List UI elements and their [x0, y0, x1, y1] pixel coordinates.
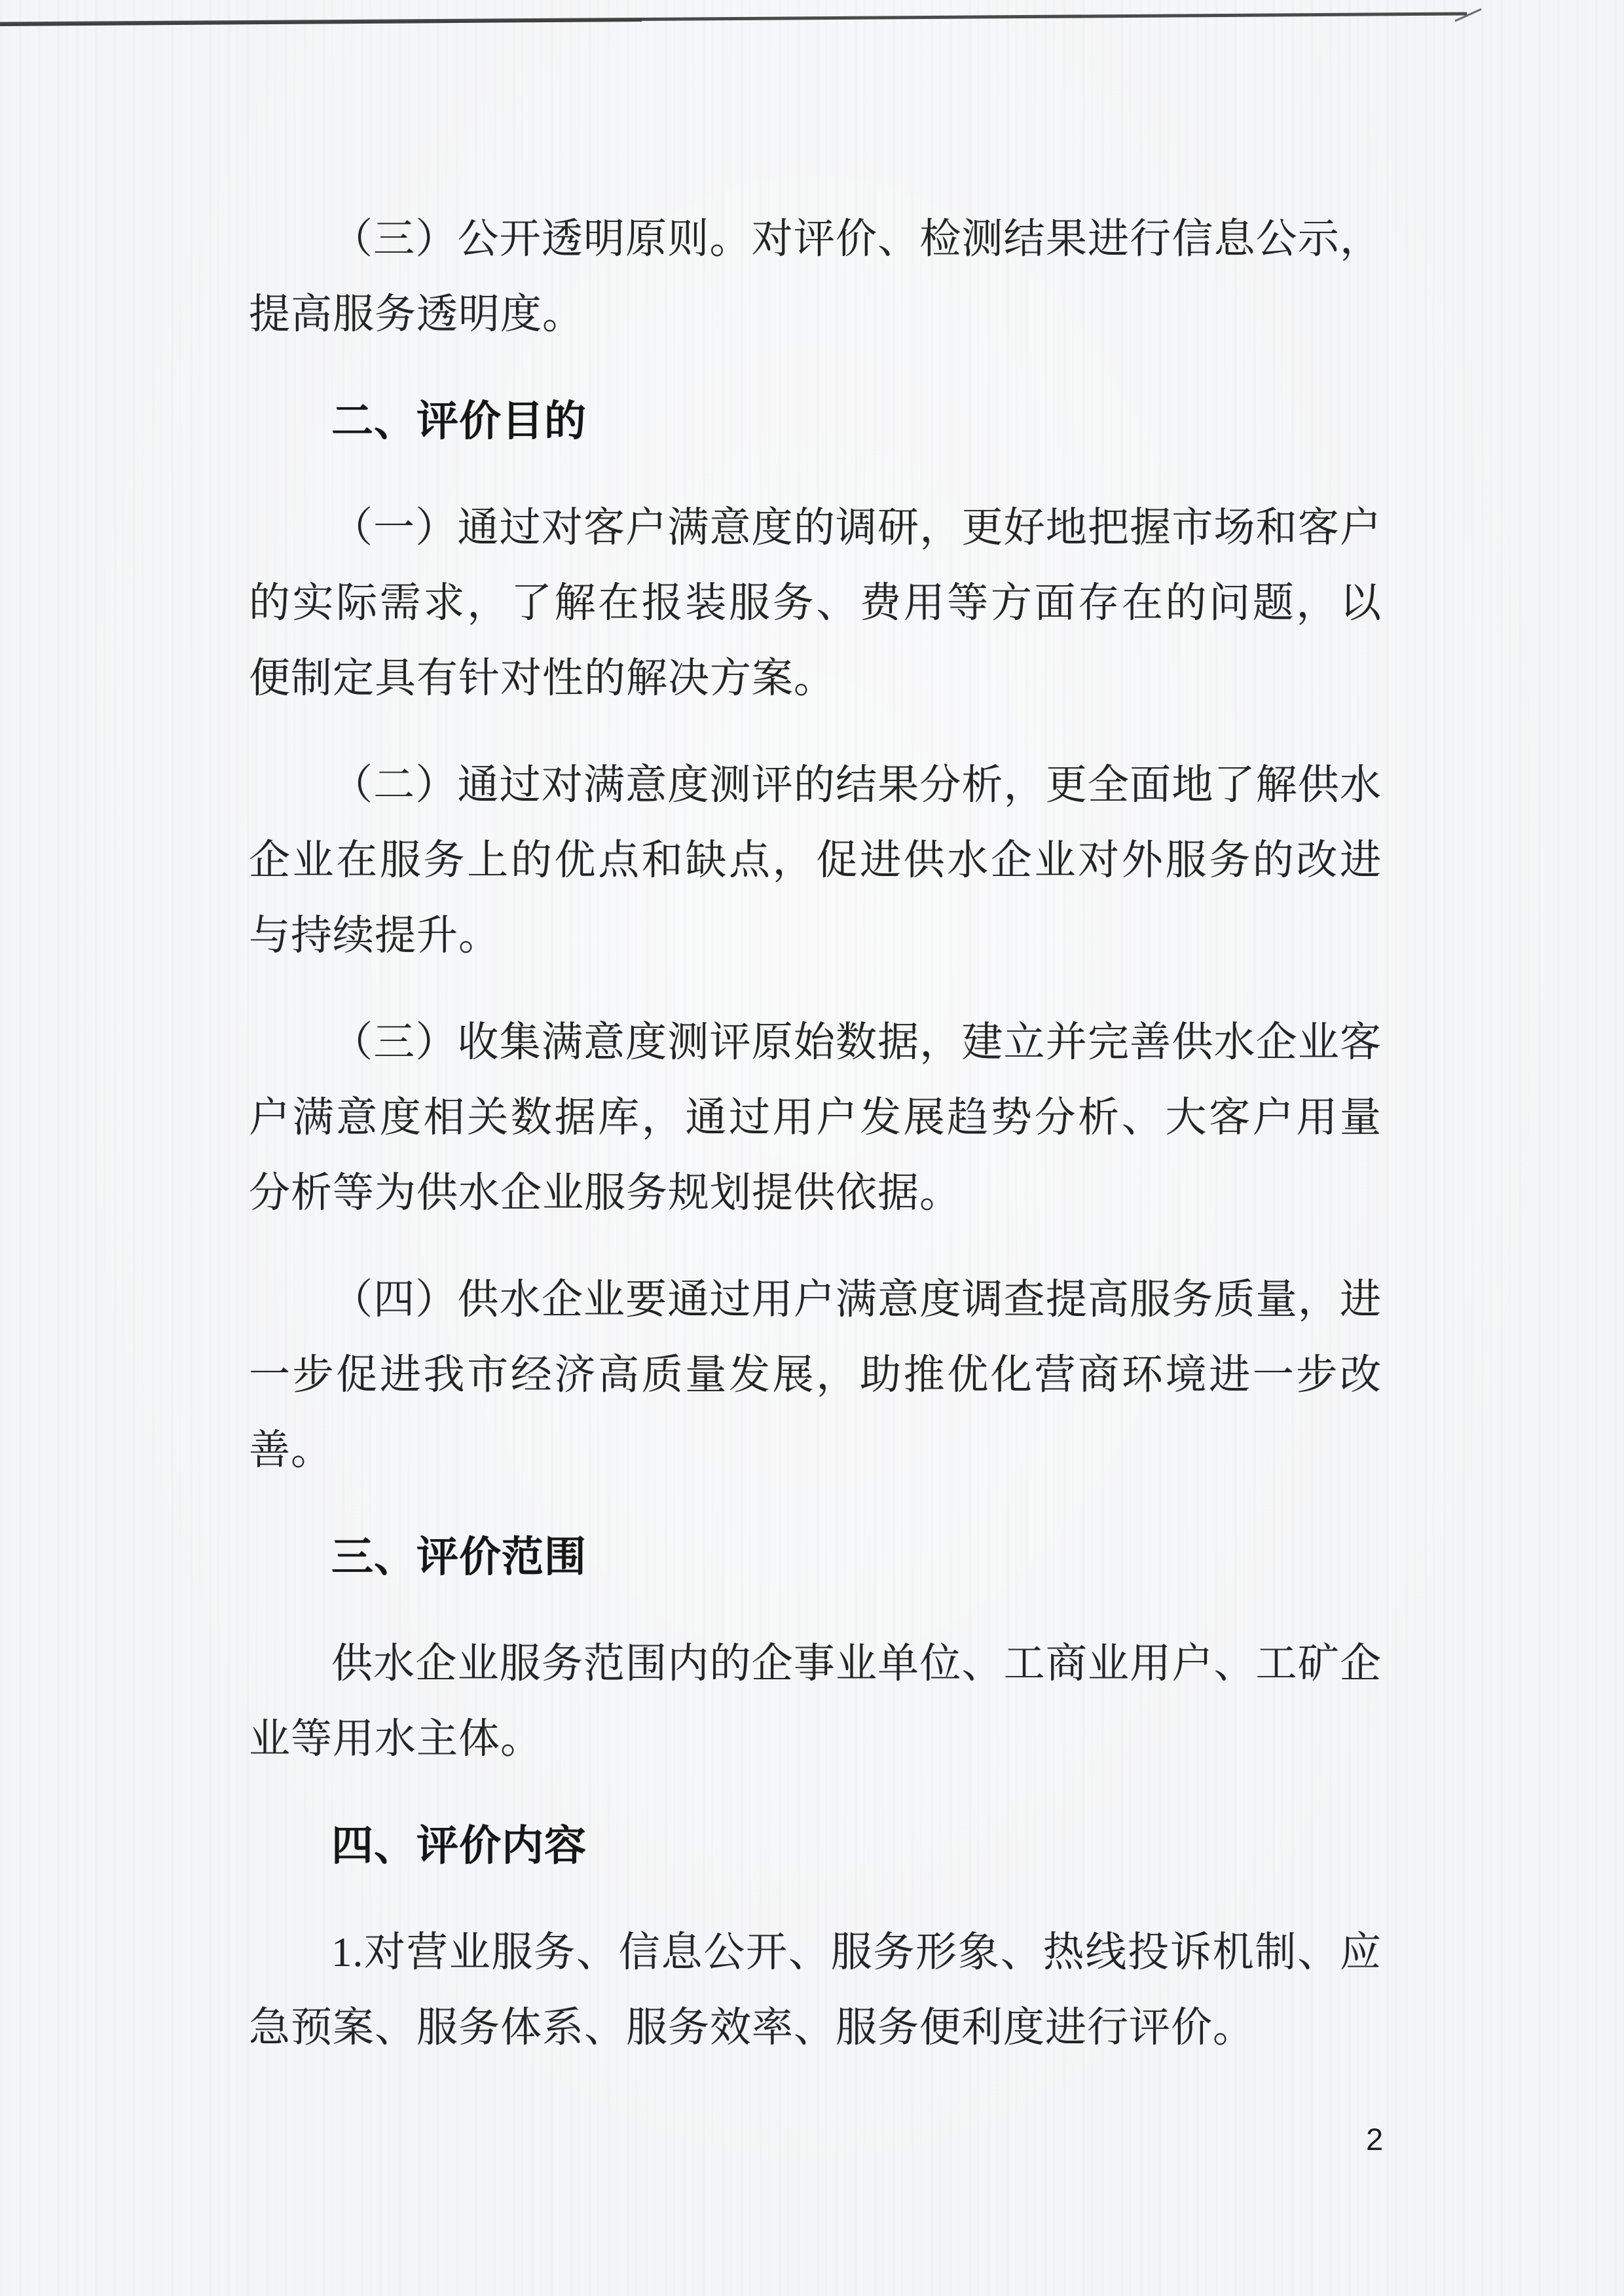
heading-text: 三、评价范围 [249, 1520, 1382, 1595]
paragraph: （三）公开透明原则。对评价、检测结果进行信息公示， 提高服务透明度。 [249, 202, 1382, 352]
section-heading: 二、评价目的 [249, 384, 1382, 459]
text-line: 与持续提升。 [249, 898, 1382, 974]
scanned-document-page: { "document": { "language": "zh-CN", "pa… [0, 0, 1624, 2296]
text-line: 的实际需求，了解在报装服务、费用等方面存在的问题，以 [249, 566, 1382, 641]
scan-artifact-line [0, 0, 1624, 52]
text-line: （二）通过对满意度测评的结果分析，更全面地了解供水 [249, 748, 1382, 823]
paragraph: 供水企业服务范围内的企事业单位、工商业用户、工矿企 业等用水主体。 [249, 1626, 1382, 1777]
text-line: （四）供水企业要通过用户满意度调查提高服务质量，进 [249, 1262, 1382, 1338]
section-heading: 四、评价内容 [249, 1808, 1382, 1884]
heading-text: 二、评价目的 [249, 384, 1382, 459]
text-line: （一）通过对客户满意度的调研，更好地把握市场和客户 [249, 490, 1382, 566]
text-line: 便制定具有针对性的解决方案。 [249, 641, 1382, 716]
paragraph: （四）供水企业要通过用户满意度调查提高服务质量，进 一步促进我市经济高质量发展，… [249, 1262, 1382, 1488]
paragraph: （二）通过对满意度测评的结果分析，更全面地了解供水 企业在服务上的优点和缺点，促… [249, 748, 1382, 974]
text-column: （三）公开透明原则。对评价、检测结果进行信息公示， 提高服务透明度。 二、评价目… [249, 202, 1382, 2097]
text-line: 一步促进我市经济高质量发展，助推优化营商环境进一步改 [249, 1338, 1382, 1413]
heading-text: 四、评价内容 [249, 1808, 1382, 1884]
text-line: 1.对营业服务、信息公开、服务形象、热线投诉机制、应 [249, 1915, 1382, 1990]
text-line: 企业在服务上的优点和缺点，促进供水企业对外服务的改进 [249, 823, 1382, 898]
text-line: 提高服务透明度。 [249, 277, 1382, 352]
paragraph: （一）通过对客户满意度的调研，更好地把握市场和客户 的实际需求，了解在报装服务、… [249, 490, 1382, 716]
text-line: 善。 [249, 1413, 1382, 1488]
text-line: 供水企业服务范围内的企事业单位、工商业用户、工矿企 [249, 1626, 1382, 1702]
page-number: 2 [1366, 2120, 1383, 2159]
paragraph: 1.对营业服务、信息公开、服务形象、热线投诉机制、应 急预案、服务体系、服务效率… [249, 1915, 1382, 2066]
text-line: 分析等为供水企业服务规划提供依据。 [249, 1156, 1382, 1231]
section-heading: 三、评价范围 [249, 1520, 1382, 1595]
paragraph: （三）收集满意度测评原始数据，建立并完善供水企业客 户满意度相关数据库，通过用户… [249, 1005, 1382, 1231]
text-line: （三）公开透明原则。对评价、检测结果进行信息公示， [249, 202, 1382, 277]
text-line: （三）收集满意度测评原始数据，建立并完善供水企业客 [249, 1005, 1382, 1080]
text-line: 急预案、服务体系、服务效率、服务便利度进行评价。 [249, 1990, 1382, 2066]
text-line: 户满意度相关数据库，通过用户发展趋势分析、大客户用量 [249, 1080, 1382, 1156]
text-line: 业等用水主体。 [249, 1702, 1382, 1777]
